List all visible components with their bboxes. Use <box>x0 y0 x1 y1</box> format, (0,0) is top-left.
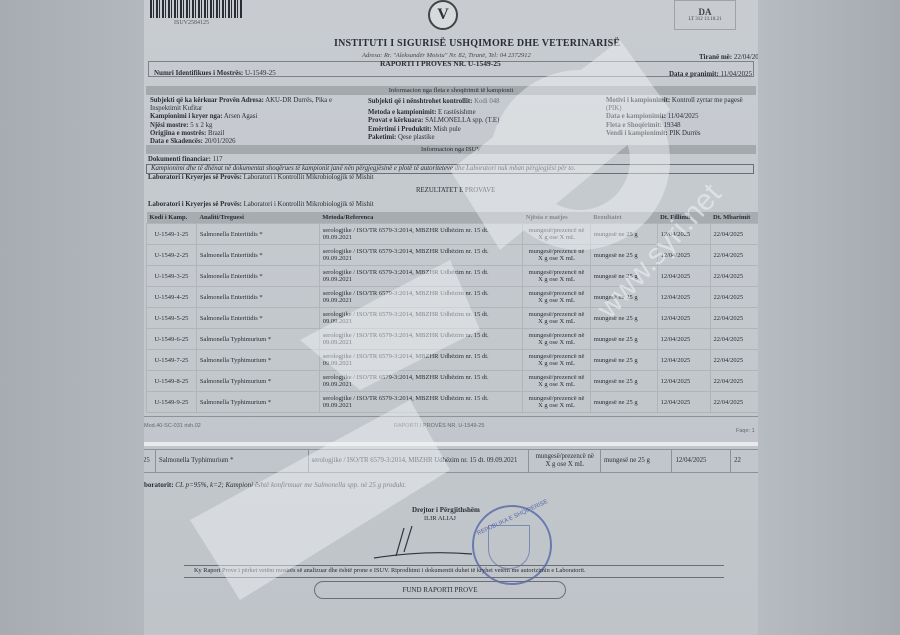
institute-logo-icon: V <box>428 0 458 30</box>
cell-unit: mungesë/prezencë në X g ose X mL <box>523 266 590 287</box>
info-label: Subjekti që i nënshtrohet kontrollit: <box>368 98 472 105</box>
col-method: Metoda/Referenca <box>319 212 523 224</box>
cell-start: 12/04/2025 <box>657 245 710 266</box>
cell-analyte: Salmonella Typhimurium * <box>196 392 319 413</box>
background-right <box>758 0 900 635</box>
cell-method: serologjike / ISO/TR 6579-3:2014, MBZHR … <box>319 224 523 245</box>
cell-code: U-1549-4-25 <box>147 287 197 308</box>
cell-code: U-1549-2-25 <box>147 245 197 266</box>
cell-method: serologjike / ISO/TR 6579-3:2014, MBZHR … <box>319 350 523 371</box>
cell-code: U-1549-7-25 <box>147 350 197 371</box>
cell-code: U-1549-8-25 <box>147 371 197 392</box>
barcode-text: ISUV2584125 <box>174 20 209 26</box>
cell-end: 22/04/2025 <box>710 224 758 245</box>
info-value: E rastësishme <box>438 109 476 116</box>
cell-end: 22/04/2025 <box>710 371 758 392</box>
cell-result: mungesë ne 25 g <box>590 224 657 245</box>
cell-unit: mungesë/prezencë në X g ose X mL <box>523 308 590 329</box>
institute-address: Adresa: Rr. "Aleksandër Moisiu" Nr. 82, … <box>362 52 531 59</box>
col-unit: Njësia e matjes <box>523 212 590 224</box>
cell-method: serologjike / ISO/TR 6579-3:2014, MBZHR … <box>319 245 523 266</box>
cell-end: 22/04/2025 <box>710 329 758 350</box>
info-label: Njësi mostre: <box>150 122 189 129</box>
cell-start: 12/04/2025 <box>657 329 710 350</box>
cell-code: U-1549-6-25 <box>147 329 197 350</box>
cell-result: mungesë ne 25 g <box>590 350 657 371</box>
cell-method: serologjike / ISO/TR 6579-3:2014, MBZHR … <box>319 308 523 329</box>
col-analyte: Analiti/Treguesi <box>196 212 319 224</box>
cell-end: 22/04/2025 <box>710 266 758 287</box>
section-isuv-info: Informacion nga ISUV <box>146 145 756 154</box>
footer-report-number: RAPORTI I PROVËS NR. U-1549-25 <box>394 423 484 429</box>
cell-code: 25 <box>144 450 155 473</box>
cell-method: serologjike / ISO/TR 6579-3:2014, MBZHR … <box>319 287 523 308</box>
cell-analyte: Salmonella Typhimurium * <box>196 329 319 350</box>
info-value: Kodi 048 <box>474 98 500 105</box>
cell-analyte: Salmonella Typhimurium * <box>155 450 308 473</box>
conclusion-label: boratorit: <box>144 481 174 489</box>
barcode <box>150 0 242 18</box>
col-result: Rezultatet <box>590 212 657 224</box>
report-date-label: Tiranë më: <box>699 53 732 61</box>
test-report-page: ISUV2584125 V DA LT 312 13.10.21 INSTITU… <box>144 0 758 635</box>
received-date-value: 11/04/2025 <box>721 70 753 78</box>
cell-end: 22/04/2025 <box>710 350 758 371</box>
info-label: Metoda e kampionimit: <box>368 109 436 116</box>
stamp-emblem-icon <box>488 525 530 569</box>
sample-id-label: Numri Identifikues i Mostrës: <box>154 69 243 77</box>
lab-label: Laboratori i Kryerjes së Provës: <box>148 201 242 208</box>
cell-start: 12/04/2025 <box>657 392 710 413</box>
info-row: Emërtimi i Produktit: Mish pule <box>368 126 598 134</box>
left-info: Subjekti që ka kërkuar Provën Adresa: AK… <box>150 97 360 146</box>
info-row: Metoda e kampionimit: E rastësishme <box>368 109 598 117</box>
col-start-date: Dt. Fillimit <box>657 212 710 224</box>
info-value: Qese plastike <box>398 134 434 141</box>
info-value: 11/04/2025 <box>668 113 699 120</box>
sample-id: Numri Identifikues i Mostrës: U-1549-25 <box>154 69 276 77</box>
lab-value: Laboratori i Kontrollit Mikrobiologjik t… <box>244 174 374 181</box>
cell-end: 22/04/2025 <box>710 392 758 413</box>
accreditation-badge: DA LT 312 13.10.21 <box>674 0 736 30</box>
lab-info: Laboratori i Kryerjes së Provës: Laborat… <box>148 174 374 182</box>
cell-unit: mungesë/prezencë në X g ose X mL <box>523 350 590 371</box>
middle-info: Subjekti që i nënshtrohet kontrollit: Ko… <box>368 98 598 142</box>
info-value: 19348 <box>664 122 681 129</box>
info-row: Njësi mostre: 5 x 2 kg <box>150 122 360 130</box>
report-date: Tiranë më: 22/04/202 <box>699 53 758 61</box>
table-header: Kodi i Kamp. Analiti/Treguesi Metoda/Ref… <box>147 212 759 224</box>
responsibility-notice: Kampionimi dhe të dhënat në dokumentat s… <box>146 164 754 174</box>
cell-end: 22/04/2025 <box>710 308 758 329</box>
page-footer-divider <box>144 416 758 417</box>
section-sampling-info: Informacion nga fleta e shoqërimit të ka… <box>146 86 756 95</box>
conclusion: boratorit: CL p=95%, k=2; Kampioni është… <box>144 481 406 489</box>
info-value: 5 x 2 kg <box>190 122 212 129</box>
cell-start: 12/04/2025 <box>657 350 710 371</box>
cell-code: U-1549-9-25 <box>147 392 197 413</box>
financial-doc: Dokumenti financiar: 117 <box>148 156 223 164</box>
table-row: U-1549-1-25Salmonella Enteritidis *serol… <box>147 224 759 245</box>
info-value: SALMONELLA spp. (T.E) <box>425 117 499 124</box>
info-row: Vendi i kampionimit: PIK Durrës <box>606 130 756 138</box>
info-row: Paketimi: Qese plastike <box>368 134 598 142</box>
cell-analyte: Salmonella Typhimurium * <box>196 350 319 371</box>
info-value: 20/01/2026 <box>205 138 236 145</box>
cell-method: serologjike / ISO/TR 6579-3:2014, MBZHR … <box>319 266 523 287</box>
lab-value: Laboratori i Kontrollit Mikrobiologjik t… <box>244 201 374 208</box>
background-left <box>0 0 144 635</box>
table-row: U-1549-2-25Salmonella Enteritidis *serol… <box>147 245 759 266</box>
cell-result: mungesë ne 25 g <box>600 450 672 473</box>
cell-start: 12/04/2025 <box>657 224 710 245</box>
table-row: U-1549-4-25Salmonella Enteritidis *serol… <box>147 287 759 308</box>
cell-analyte: Salmonella Enteritidis * <box>196 245 319 266</box>
cell-result: mungesë ne 25 g <box>590 308 657 329</box>
cell-unit: mungesë/prezencë në X g ose X mL <box>529 450 601 473</box>
cell-result: mungesë ne 25 g <box>590 392 657 413</box>
disclaimer-divider-top <box>184 565 724 566</box>
cell-code: U-1549-1-25 <box>147 224 197 245</box>
info-row: Subjekti që i nënshtrohet kontrollit: Ko… <box>368 98 598 106</box>
info-row: Fleta e Shoqërimit: 19348 <box>606 122 756 130</box>
cell-end: 22/04/2025 <box>710 245 758 266</box>
cell-unit: mungesë/prezencë në X g ose X mL <box>523 329 590 350</box>
report-date-value: 22/04/202 <box>734 53 758 61</box>
financial-doc-value: 117 <box>213 156 223 163</box>
director-title: Drejtor i Përgjithshëm <box>412 506 480 514</box>
lab-label: Laboratori i Kryerjes së Provës: <box>148 174 242 181</box>
cell-unit: mungesë/prezencë në X g ose X mL <box>523 245 590 266</box>
cell-analyte: Salmonella Typhimurium * <box>196 371 319 392</box>
received-date: Data e pranimit: 11/04/2025 <box>669 70 752 78</box>
info-row: Subjekti që ka kërkuar Provën Adresa: AK… <box>150 97 360 113</box>
info-label: Provat e kërkuara: <box>368 117 423 124</box>
table-row: U-1549-8-25Salmonella Typhimurium *serol… <box>147 371 759 392</box>
cell-end: 22/04/2025 <box>710 287 758 308</box>
cell-result: mungesë ne 25 g <box>590 245 657 266</box>
info-label: Origjina e mostrës: <box>150 130 206 137</box>
conclusion-text: CL p=95%, k=2; Kampioni është konfirmuar… <box>175 481 406 489</box>
sample-id-value: U-1549-25 <box>245 69 276 77</box>
received-date-label: Data e pranimit: <box>669 70 719 78</box>
cell-analyte: Salmonella Enteritidis * <box>196 308 319 329</box>
info-label: Data e Skadencës: <box>150 138 203 145</box>
col-end-date: Dt. Mbarimit <box>710 212 758 224</box>
info-label: Vendi i kampionimit: <box>606 130 668 137</box>
table-row: U-1549-5-25Salmonella Enteritidis *serol… <box>147 308 759 329</box>
cell-result: mungesë ne 25 g <box>590 329 657 350</box>
disclaimer: Ky Raport Prove i përket vetëm mostrës s… <box>194 567 586 574</box>
info-row: Origjina e mostrës: Brazil <box>150 130 360 138</box>
info-label: Motivi i kampionimit: <box>606 97 670 104</box>
table-row: U-1549-9-25Salmonella Typhimurium *serol… <box>147 392 759 413</box>
info-value: Brazil <box>208 130 225 137</box>
info-value: PIK Durrës <box>669 130 700 137</box>
info-value: Arsen Agasi <box>224 113 257 120</box>
info-row: Data e kampionimit: 11/04/2025 <box>606 113 756 121</box>
table-row: 25 Salmonella Typhimurium * serologjike … <box>144 450 758 473</box>
disclaimer-divider-bottom <box>184 577 724 578</box>
info-label: Paketimi: <box>368 134 396 141</box>
end-of-report: FUND RAPORTI PROVE <box>314 581 566 599</box>
page-number: Faqe: 1 <box>736 428 755 434</box>
cell-unit: mungesë/prezencë në X g ose X mL <box>523 371 590 392</box>
report-number: RAPORTI I PROVES NR. U-1549-25 <box>380 59 501 68</box>
cell-unit: mungesë/prezencë në X g ose X mL <box>523 224 590 245</box>
cell-end: 22 <box>731 450 758 473</box>
cell-method: serologjike / ISO/TR 6579-3:2014, MBZHR … <box>319 371 523 392</box>
info-value: Mish pule <box>433 126 460 133</box>
financial-doc-label: Dokumenti financiar: <box>148 156 211 163</box>
info-label: Fleta e Shoqërimit: <box>606 122 662 129</box>
info-row: Kampionimi i kryer nga: Arsen Agasi <box>150 113 360 121</box>
cell-method: serologjike / ISO/TR 6579-3:2014, MBZHR … <box>319 329 523 350</box>
continued-results-table: 25 Salmonella Typhimurium * serologjike … <box>144 449 758 473</box>
cell-result: mungesë ne 25 g <box>590 266 657 287</box>
form-code: Mod.40-SC-031 rish.02 <box>144 423 201 429</box>
info-label: Subjekti që ka kërkuar Provën Adresa: <box>150 97 264 104</box>
cell-analyte: Salmonella Enteritidis * <box>196 287 319 308</box>
institute-name: INSTITUTI I SIGURISË USHQIMORE DHE VETER… <box>334 38 620 49</box>
results-table: Kodi i Kamp. Analiti/Treguesi Metoda/Ref… <box>146 212 758 413</box>
right-info: Motivi i kampionimit: Kontroll zyrtar me… <box>606 97 756 138</box>
cell-code: U-1549-5-25 <box>147 308 197 329</box>
cell-code: U-1549-3-25 <box>147 266 197 287</box>
info-label: Kampionimi i kryer nga: <box>150 113 223 120</box>
table-row: U-1549-6-25Salmonella Typhimurium *serol… <box>147 329 759 350</box>
results-title: REZULTATET E PROVAVE <box>416 187 495 195</box>
cell-start: 12/04/2025 <box>657 266 710 287</box>
info-label: Data e kampionimit: <box>606 113 666 120</box>
lab-info-2: Laboratori i Kryerjes së Provës: Laborat… <box>148 201 374 209</box>
cell-analyte: Salmonella Enteritidis * <box>196 224 319 245</box>
table-row: U-1549-3-25Salmonella Enteritidis *serol… <box>147 266 759 287</box>
table-row: U-1549-7-25Salmonella Typhimurium *serol… <box>147 350 759 371</box>
cell-start: 12/04/2025 <box>657 371 710 392</box>
cell-start: 12/04/2025 <box>657 308 710 329</box>
cell-method: serologjike / ISO/TR 6579-3:2014, MBZHR … <box>308 450 529 473</box>
col-code: Kodi i Kamp. <box>147 212 197 224</box>
accreditation-code: LT 312 13.10.21 <box>675 17 735 22</box>
info-row: Motivi i kampionimit: Kontroll zyrtar me… <box>606 97 756 113</box>
cell-start: 12/04/2025 <box>657 287 710 308</box>
cell-method: serologjike / ISO/TR 6579-3:2014, MBZHR … <box>319 392 523 413</box>
info-label: Emërtimi i Produktit: <box>368 126 432 133</box>
signature <box>334 520 474 560</box>
info-row: Provat e kërkuara: SALMONELLA spp. (T.E) <box>368 117 598 125</box>
cell-start: 12/04/2025 <box>672 450 731 473</box>
cell-analyte: Salmonella Enteritidis * <box>196 266 319 287</box>
page-break <box>144 442 758 446</box>
cell-unit: mungesë/prezencë në X g ose X mL <box>523 392 590 413</box>
cell-unit: mungesë/prezencë në X g ose X mL <box>523 287 590 308</box>
cell-result: mungesë ne 25 g <box>590 371 657 392</box>
cell-result: mungesë ne 25 g <box>590 287 657 308</box>
